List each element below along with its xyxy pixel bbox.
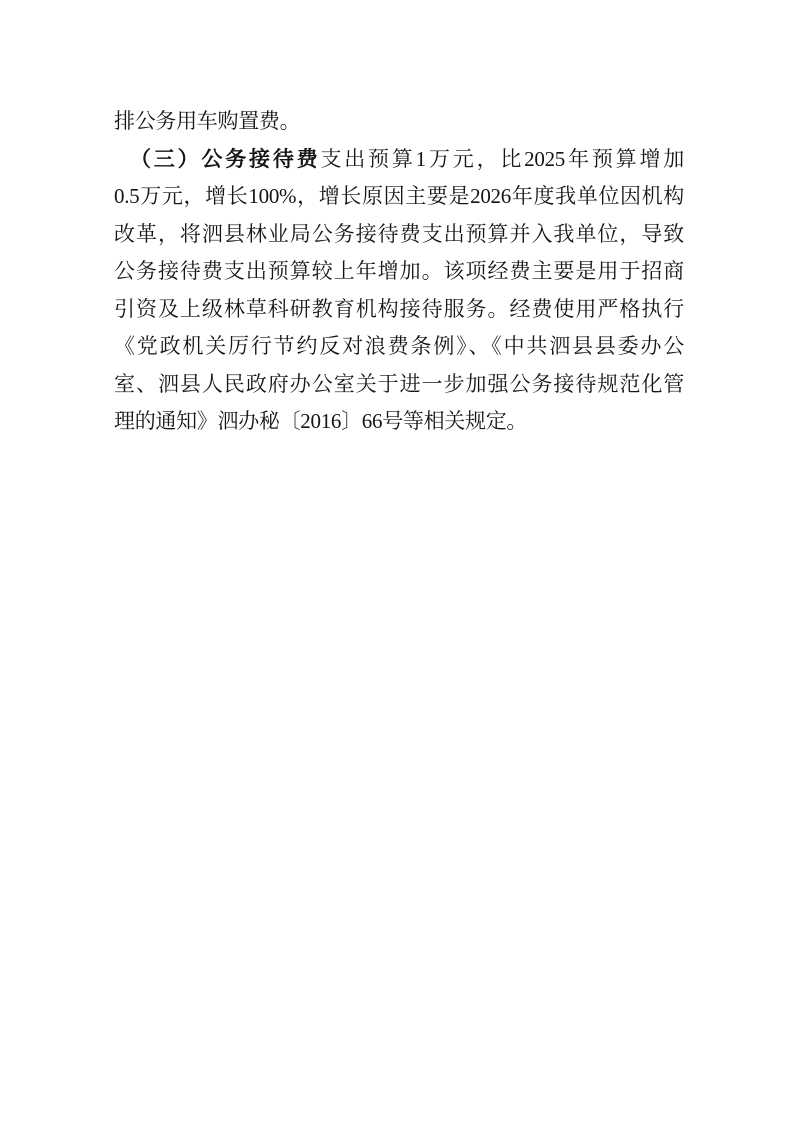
bold-heading: （三）公务接待费 <box>130 147 320 171</box>
document-text: 排公务用车购置费。（三）公务接待费支出预算1万元，比2025年预算增加0.5万元… <box>114 103 684 441</box>
text-line: 公务接待费支出预算较上年增加。该项经费主要是用于招商 <box>114 253 684 291</box>
text-segment: 室、泗县人民政府办公室关于进一步加强公务接待规范化管 <box>114 372 684 396</box>
text-segment: 引资及上级林草科研教育机构接待服务。经费使用严格执行 <box>114 297 684 321</box>
text-segment: 公务接待费支出预算较上年增加。该项经费主要是用于招商 <box>114 259 684 283</box>
text-line: 引资及上级林草科研教育机构接待服务。经费使用严格执行 <box>114 291 684 329</box>
document-page: 排公务用车购置费。（三）公务接待费支出预算1万元，比2025年预算增加0.5万元… <box>0 0 793 1122</box>
text-segment: 改革，将泗县林业局公务接待费支出预算并入我单位，导致 <box>114 222 684 246</box>
text-segment: 支出预算1万元，比2025年预算增加 <box>320 147 684 171</box>
text-line: 排公务用车购置费。 <box>114 103 684 141</box>
text-line: 室、泗县人民政府办公室关于进一步加强公务接待规范化管 <box>114 366 684 404</box>
text-line: 理的通知》泗办秘〔2016〕66号等相关规定。 <box>114 403 684 441</box>
text-segment: 《党政机关厉行节约反对浪费条例》、《中共泗县县委办公 <box>114 334 684 358</box>
text-line: 改革，将泗县林业局公务接待费支出预算并入我单位，导致 <box>114 216 684 254</box>
text-segment: 理的通知》泗办秘〔2016〕66号等相关规定。 <box>114 409 527 433</box>
text-segment: 排公务用车购置费。 <box>114 109 300 133</box>
text-line: 《党政机关厉行节约反对浪费条例》、《中共泗县县委办公 <box>114 328 684 366</box>
text-line: 0.5万元，增长100%，增长原因主要是2026年度我单位因机构 <box>114 178 684 216</box>
text-line: （三）公务接待费支出预算1万元，比2025年预算增加 <box>114 141 684 179</box>
text-segment: 0.5万元，增长100%，增长原因主要是2026年度我单位因机构 <box>114 184 684 208</box>
